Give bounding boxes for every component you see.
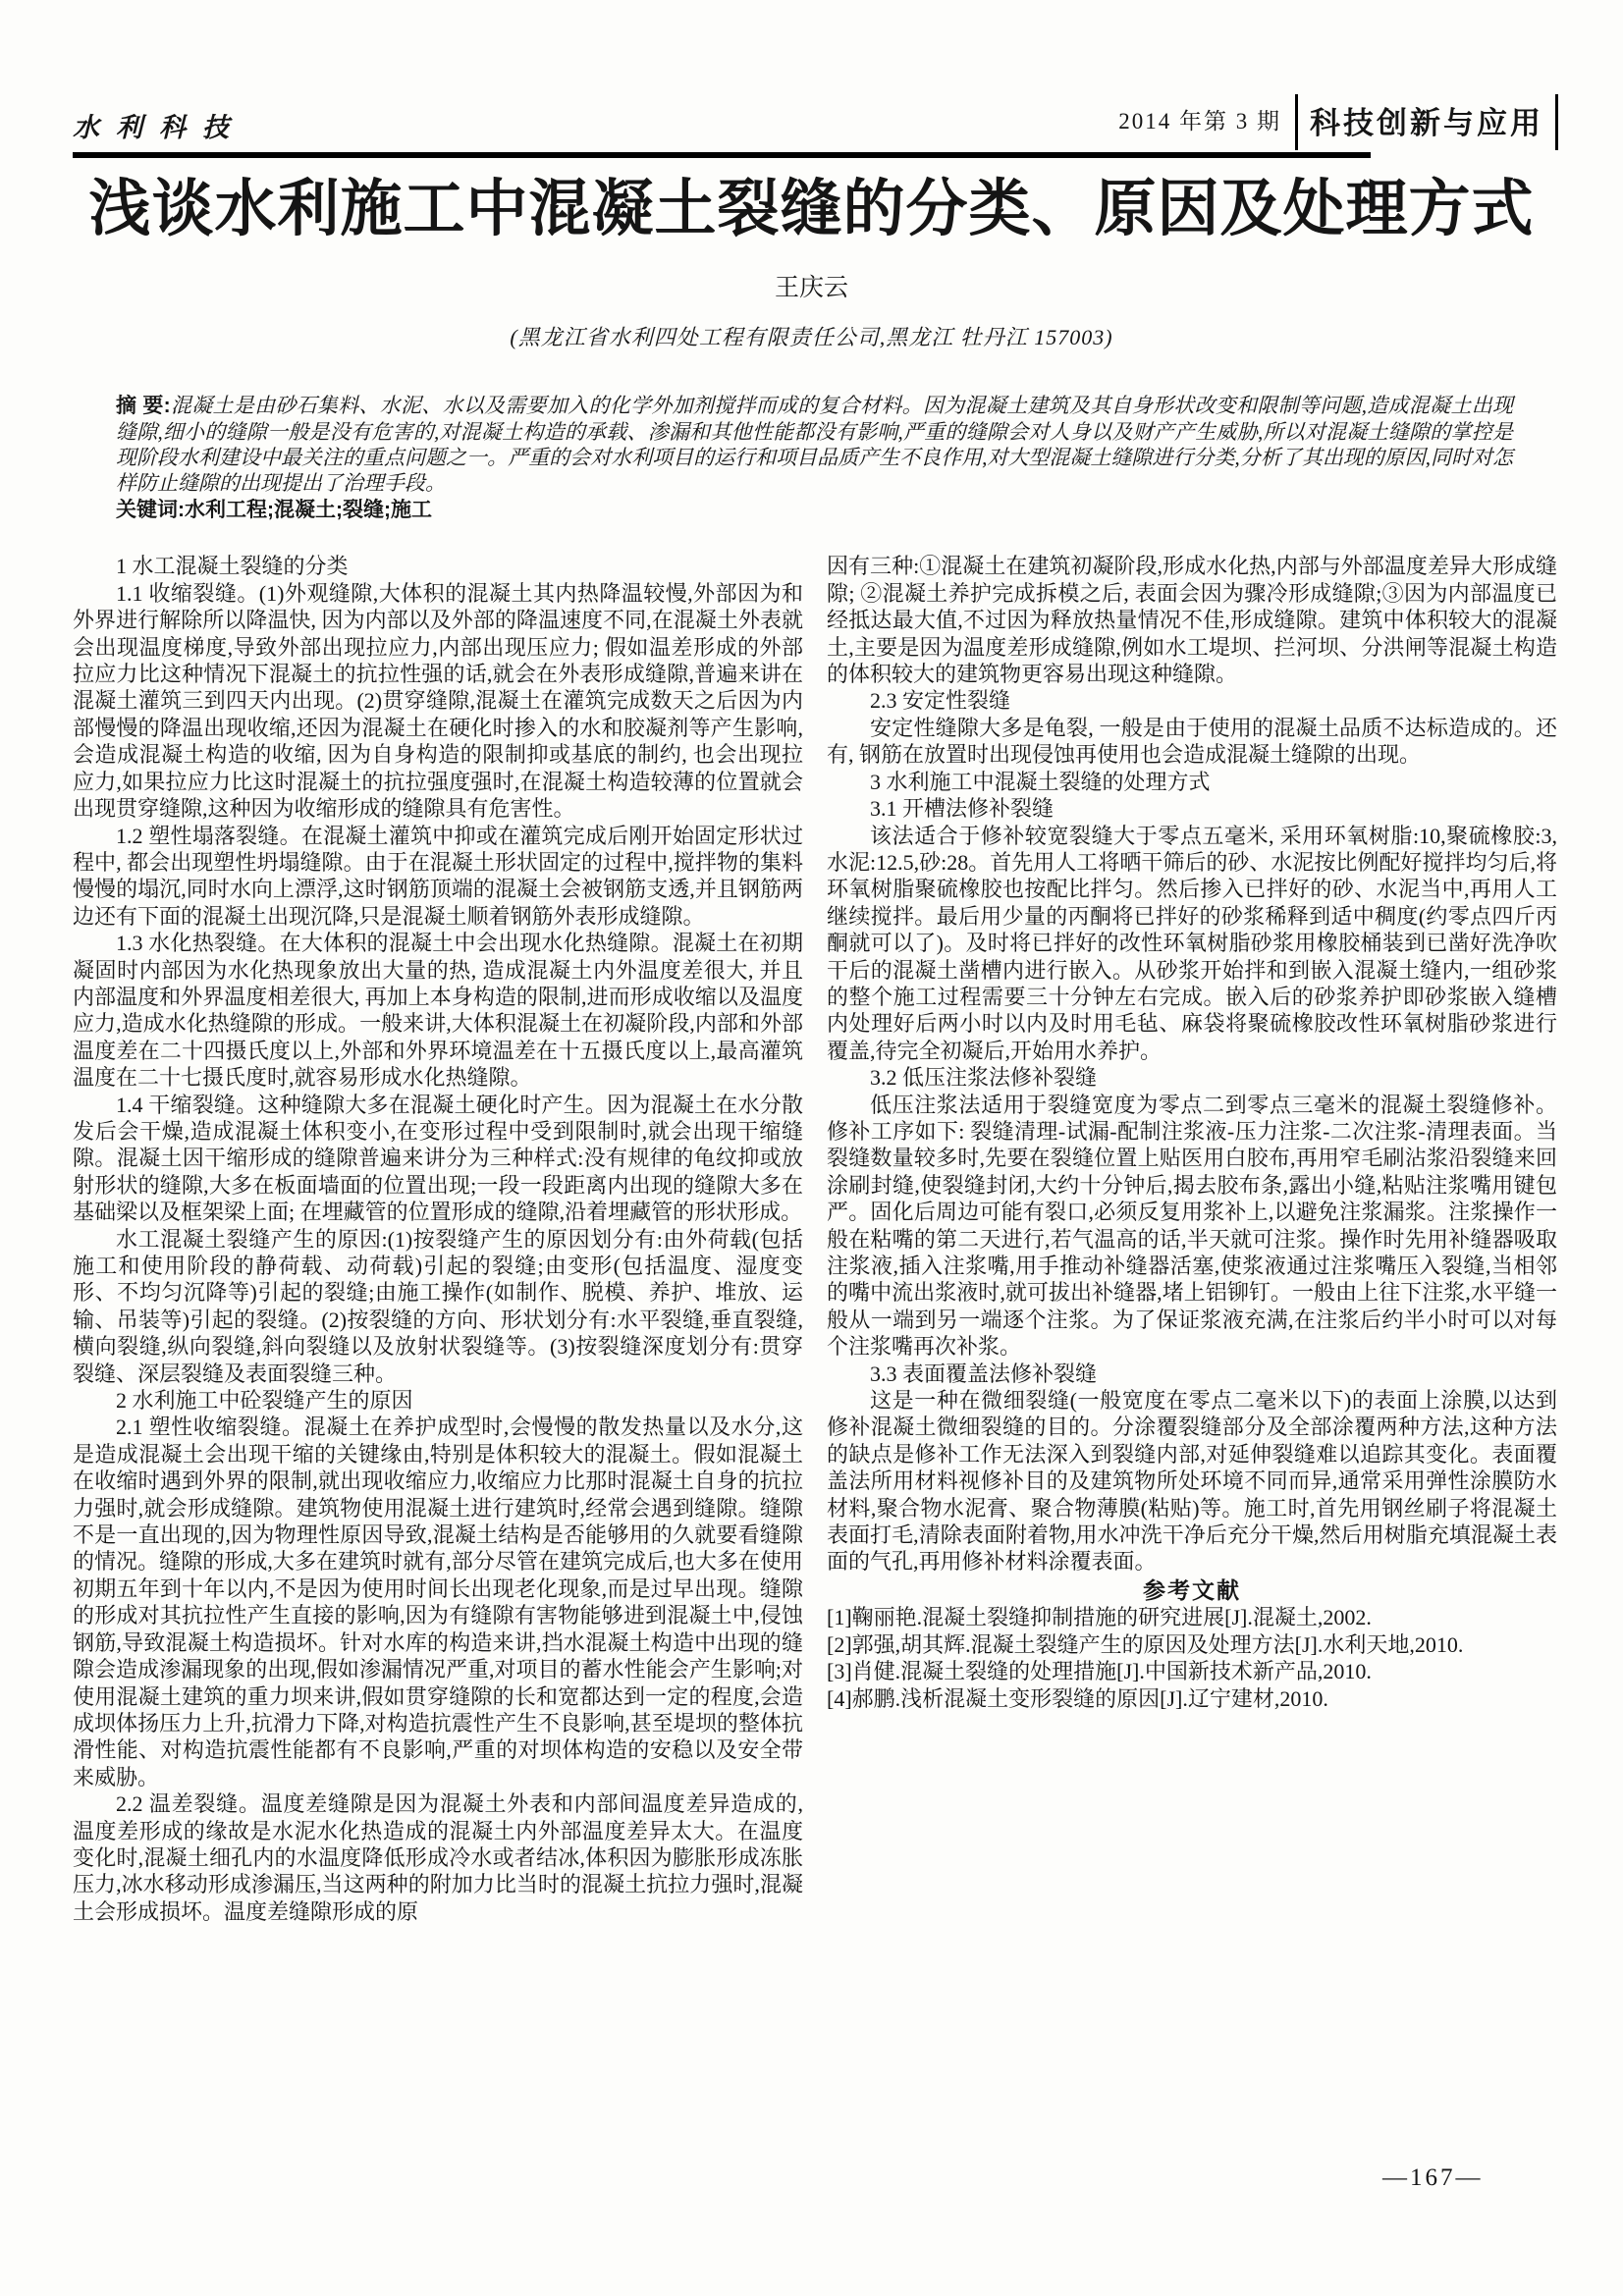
keywords-label: 关键词:: [116, 499, 185, 521]
body-paragraph: 2.1 塑性收缩裂缝。混凝土在养护成型时,会慢慢的散发热量以及水分,这是造成混凝…: [73, 1414, 803, 1790]
body-paragraph: 低压注浆法适用于裂缝宽度为零点二到零点三毫米的混凝土裂缝修补。修补工序如下: 裂…: [827, 1092, 1557, 1361]
body-paragraph: 该法适合于修补较宽裂缝大于零点五毫米, 采用环氧树脂:10,聚硫橡胶:3,水泥:…: [827, 823, 1557, 1065]
reference-item: [4]郝鹏.浅析混凝土变形裂缝的原因[J].辽宁建材,2010.: [827, 1685, 1557, 1712]
article-page: 水利科技 2014 年第 3 期 科技创新与应用 浅谈水利施工中混凝土裂缝的分类…: [0, 0, 1623, 2296]
right-column: 因有三种:①混凝土在建筑初凝阶段,形成水化热,内部与外部温度差异大形成缝隙; ②…: [827, 553, 1557, 1575]
reference-item: [3]肖健.混凝土裂缝的处理措施[J].中国新技术新产品,2010.: [827, 1658, 1557, 1684]
body-paragraph: 1.4 干缩裂缝。这种缝隙大多在混凝土硬化时产生。因为混凝土在水分散发后会干燥,…: [73, 1092, 803, 1226]
body-paragraph: 安定性缝隙大多是龟裂, 一般是由于使用的混凝土品质不达标造成的。还有, 钢筋在放…: [827, 715, 1557, 769]
page-number: —167—: [1382, 2164, 1484, 2192]
reference-item: [1]鞠丽艳.混凝土裂缝抑制措施的研究进展[J].混凝土,2002.: [827, 1604, 1557, 1630]
left-column: 1 水工混凝土裂缝的分类1.1 收缩裂缝。(1)外观缝隙,大体积的混凝土其内热降…: [73, 553, 803, 1925]
body-paragraph: 2.2 温差裂缝。温度差缝隙是因为混凝土外表和内部间温度差异造成的, 温度差形成…: [73, 1790, 803, 1925]
article-title: 浅谈水利施工中混凝土裂缝的分类、原因及处理方式: [39, 174, 1584, 244]
section-heading: 2.3 安定性裂缝: [827, 687, 1557, 714]
affiliation: (黑龙江省水利四处工程有限责任公司,黑龙江 牡丹江 157003): [0, 321, 1623, 351]
references-heading: 参考文献: [827, 1577, 1557, 1604]
section-heading: 3.1 开槽法修补裂缝: [827, 795, 1557, 822]
journal-name-badge: 科技创新与应用: [1295, 94, 1558, 150]
body-columns: 1 水工混凝土裂缝的分类1.1 收缩裂缝。(1)外观缝隙,大体积的混凝土其内热降…: [73, 553, 1558, 1925]
abstract-label: 摘 要:: [116, 395, 171, 417]
body-paragraph: 1.1 收缩裂缝。(1)外观缝隙,大体积的混凝土其内热降温较慢,外部因为和外界进…: [73, 580, 803, 823]
journal-script-title: 水利科技: [73, 106, 245, 150]
section-heading: 3.3 表面覆盖法修补裂缝: [827, 1361, 1557, 1387]
references-section: 参考文献 [1]鞠丽艳.混凝土裂缝抑制措施的研究进展[J].混凝土,2002.[…: [827, 1577, 1557, 1712]
reference-list: [1]鞠丽艳.混凝土裂缝抑制措施的研究进展[J].混凝土,2002.[2]郭强,…: [827, 1604, 1557, 1712]
body-paragraph: 1.2 塑性塌落裂缝。在混凝土灌筑中抑或在灌筑完成后刚开始固定形状过程中, 都会…: [73, 823, 803, 931]
section-heading: 2 水利施工中砼裂缝产生的原因: [73, 1387, 803, 1414]
keywords-text: 水利工程;混凝土;裂缝;施工: [185, 499, 432, 521]
section-heading: 1 水工混凝土裂缝的分类: [73, 553, 803, 579]
section-heading: 3.2 低压注浆法修补裂缝: [827, 1064, 1557, 1091]
section-heading: 3 水利施工中混凝土裂缝的处理方式: [827, 769, 1557, 795]
author-name: 王庆云: [0, 268, 1623, 303]
reference-item: [2]郭强,胡其辉.混凝土裂缝产生的原因及处理方法[J].水利天地,2010.: [827, 1631, 1557, 1658]
header-rule: [73, 152, 1371, 158]
body-paragraph: 这是一种在微细裂缝(一般宽度在零点二毫米以下)的表面上涂膜,以达到修补混凝土微细…: [827, 1387, 1557, 1575]
keywords-line: 关键词:水利工程;混凝土;裂缝;施工: [116, 498, 1513, 523]
masthead-right: 2014 年第 3 期 科技创新与应用: [1118, 94, 1558, 150]
masthead: 水利科技 2014 年第 3 期 科技创新与应用: [0, 0, 1623, 150]
body-paragraph: 因有三种:①混凝土在建筑初凝阶段,形成水化热,内部与外部温度差异大形成缝隙; ②…: [827, 553, 1557, 687]
issue-label: 2014 年第 3 期: [1118, 103, 1281, 141]
abstract-block: 摘 要:混凝土是由砂石集料、水泥、水以及需要加入的化学外加剂搅拌而成的复合材料。…: [116, 393, 1513, 496]
body-paragraph: 水工混凝土裂缝产生的原因:(1)按裂缝产生的原因划分有:由外荷载(包括施工和使用…: [73, 1226, 803, 1387]
right-column-wrap: 因有三种:①混凝土在建筑初凝阶段,形成水化热,内部与外部温度差异大形成缝隙; ②…: [827, 553, 1557, 1925]
abstract-text: 混凝土是由砂石集料、水泥、水以及需要加入的化学外加剂搅拌而成的复合材料。因为混凝…: [116, 394, 1513, 495]
body-paragraph: 1.3 水化热裂缝。在大体积的混凝土中会出现水化热缝隙。混凝土在初期凝固时内部因…: [73, 930, 803, 1091]
